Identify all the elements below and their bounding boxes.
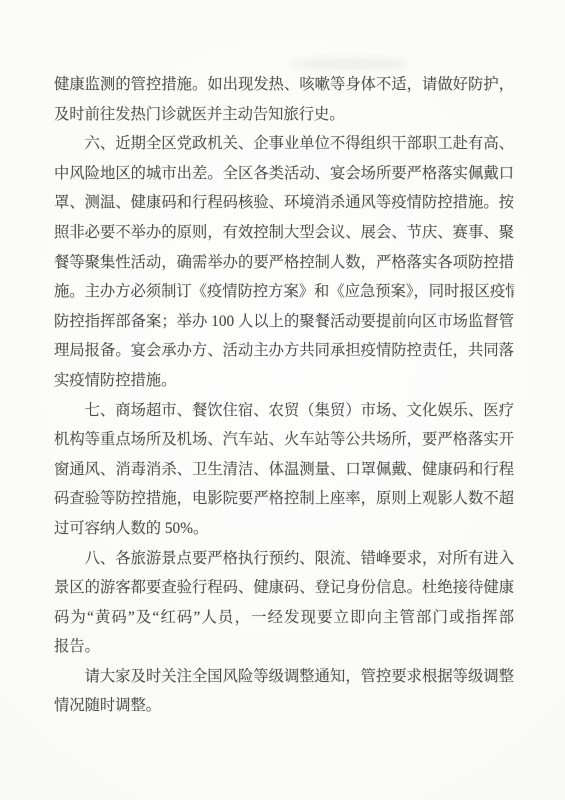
text-line: 照非必要不举办的原则，有效控制大型会议、展会、节庆、赛事、聚 <box>54 218 514 248</box>
text-line: 过可容纳人数的 50%。 <box>54 514 514 544</box>
text-line: 罩、测温、健康码和行程码核验、环境消杀通风等疫情防控措施。按 <box>54 188 514 218</box>
text-line: 景区的游客都要查验行程码、健康码、登记身份信息。杜绝接待健康 <box>54 573 514 603</box>
text-line: 健康监测的管控措施。如出现发热、咳嗽等身体不适，请做好防护， <box>54 70 514 100</box>
paragraph-3: 七、商场超市、餐饮住宿、农贸（集贸）市场、文化娱乐、医疗机构等重点场所及机场、汽… <box>54 396 514 544</box>
text-line: 六、近期全区党政机关、企事业单位不得组织干部职工赴有高、 <box>54 129 514 159</box>
document-page: 健康监测的管控措施。如出现发热、咳嗽等身体不适，请做好防护，及时前往发热门诊就医… <box>0 0 565 800</box>
text-line: 餐等聚集性活动，确需举办的要严格控制人数，严格落实各项防控措 <box>54 248 514 278</box>
text-line: 七、商场超市、餐饮住宿、农贸（集贸）市场、文化娱乐、医疗 <box>54 396 514 426</box>
text-line: 码查验等防控措施，电影院要严格控制上座率，原则上观影人数不超 <box>54 484 514 514</box>
paragraph-5: 请大家及时关注全国风险等级调整通知，管控要求根据等级调整情况随时调整。 <box>54 662 514 721</box>
scan-artifact <box>290 58 410 70</box>
text-line: 及时前往发热门诊就医并主动告知旅行史。 <box>54 100 514 130</box>
text-line: 施。主办方必须制订《疫情防控方案》和《应急预案》，同时报区疫情 <box>54 277 514 307</box>
text-line: 机构等重点场所及机场、汽车站、火车站等公共场所，要严格落实开 <box>54 425 514 455</box>
paragraph-2: 六、近期全区党政机关、企事业单位不得组织干部职工赴有高、中风险地区的城市出差。全… <box>54 129 514 395</box>
text-line: 实疫情防控措施。 <box>54 366 514 396</box>
paragraph-4: 八、各旅游景点要严格执行预约、限流、错峰要求，对所有进入景区的游客都要查验行程码… <box>54 544 514 662</box>
text-line: 防控指挥部备案；举办 100 人以上的聚餐活动要提前向区市场监督管 <box>54 307 514 337</box>
text-line: 请大家及时关注全国风险等级调整通知，管控要求根据等级调整 <box>54 662 514 692</box>
text-line: 八、各旅游景点要严格执行预约、限流、错峰要求，对所有进入 <box>54 544 514 574</box>
text-line: 窗通风、消毒消杀、卫生清洁、体温测量、口罩佩戴、健康码和行程 <box>54 455 514 485</box>
text-line: 码为“黄码”及“红码”人员，一经发现要立即向主管部门或指挥部 <box>54 603 514 633</box>
text-line: 理局报备。宴会承办方、活动主办方共同承担疫情防控责任，共同落 <box>54 336 514 366</box>
text-line: 情况随时调整。 <box>54 691 514 721</box>
paragraph-1: 健康监测的管控措施。如出现发热、咳嗽等身体不适，请做好防护，及时前往发热门诊就医… <box>54 70 514 129</box>
text-line: 中风险地区的城市出差。全区各类活动、宴会场所要严格落实佩戴口 <box>54 159 514 189</box>
document-body: 健康监测的管控措施。如出现发热、咳嗽等身体不适，请做好防护，及时前往发热门诊就医… <box>54 70 514 721</box>
text-line: 报告。 <box>54 632 514 662</box>
